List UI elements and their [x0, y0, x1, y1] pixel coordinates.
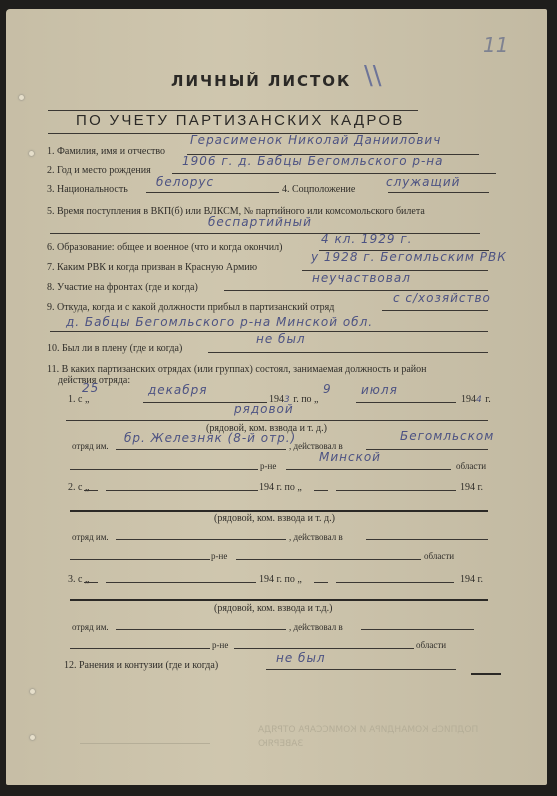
- service-3-year-to: 194: [460, 574, 475, 585]
- field-line: [266, 669, 456, 670]
- field-line: [361, 629, 474, 630]
- field-line: [70, 648, 210, 649]
- field-label-units: 11. В каких партизанских отрядах (или гр…: [47, 364, 426, 375]
- field-line: [116, 629, 286, 630]
- field-line: [356, 402, 456, 403]
- service-1-month-to: июля: [361, 383, 398, 397]
- field-line: [70, 469, 258, 470]
- binder-hole: [29, 151, 34, 156]
- field-value-social: служащий: [386, 175, 460, 189]
- field-label-social: 4. Соцположение: [282, 184, 355, 195]
- service-2-region-label: области: [424, 551, 454, 561]
- service-3-position-hint: (рядовой, ком. взвода и т.д.): [214, 603, 332, 614]
- service-2-unit-label: отряд им.: [72, 532, 109, 542]
- field-line: [116, 449, 286, 450]
- service-1-position: рядовой: [234, 402, 294, 416]
- field-label-fronts: 8. Участие на фронтах (где и когда): [47, 282, 198, 293]
- field-label-arrival: 9. Откуда, когда и с какой должности при…: [47, 302, 334, 313]
- service-2-year-to: 194: [460, 482, 475, 493]
- field-value-captivity: не был: [256, 332, 306, 346]
- field-line: [471, 673, 501, 675]
- field-line: [70, 599, 488, 601]
- service-1-unit-label: отряд им.: [72, 441, 109, 451]
- binder-hole: [19, 95, 24, 100]
- field-line: [236, 559, 421, 560]
- field-line: [336, 490, 456, 491]
- field-value-name: Герасименок Николай Даниилович: [190, 133, 441, 147]
- field-line: [172, 173, 496, 174]
- field-value-arrival: с с/хозяйство: [393, 291, 491, 305]
- service-2-acted-label: , действовал в: [289, 532, 343, 542]
- field-label-birth: 2. Год и место рождения: [47, 165, 151, 176]
- field-value-conscription: у 1928 г. Бегомльским РВК: [311, 250, 507, 264]
- field-label-conscription: 7. Каким РВК и когда призван в Красную А…: [47, 262, 257, 273]
- field-value-fronts: неучаствовал: [312, 271, 411, 285]
- field-label-wounds: 12. Ранения и контузии (где и когда): [64, 660, 218, 671]
- field-line: [116, 539, 286, 540]
- service-3-num: 3. с „: [68, 574, 89, 585]
- field-line: [106, 490, 258, 491]
- pencil-mark: \\: [364, 61, 382, 91]
- field-line: [234, 648, 414, 649]
- field-value-party: беспартийный: [208, 215, 312, 229]
- field-value-wounds: не был: [276, 651, 326, 665]
- field-line: [70, 559, 210, 560]
- document-page: 11 ЛИЧНЫЙ ЛИСТОК \\ ПО УЧЕТУ ПАРТИЗАНСКИ…: [6, 9, 547, 785]
- bleedthrough-text: ПОДПИСЬ КОМАНДИРА И КОМИССАРА ОТРЯДА: [258, 725, 478, 735]
- service-3-region-label: области: [416, 640, 446, 650]
- field-line: [382, 310, 488, 311]
- field-label-captivity: 10. Был ли в плену (где и когда): [47, 343, 182, 354]
- field-label-education: 6. Образование: общее и военное (что и к…: [47, 242, 282, 253]
- service-1-year-to: 194: [461, 394, 476, 405]
- field-line: [84, 490, 98, 491]
- service-2-num: 2. с „: [68, 482, 89, 493]
- service-1-region: Минской: [319, 450, 381, 464]
- service-1-district: Бегомльском: [400, 429, 494, 443]
- field-line: [146, 192, 279, 193]
- service-2-year-from: 194: [259, 482, 274, 493]
- field-label-nationality: 3. Национальность: [47, 184, 128, 195]
- field-label-name: 1. Фамилия, имя и отчество: [47, 146, 165, 157]
- field-line: [84, 582, 98, 583]
- service-3-unit-label: отряд им.: [72, 622, 109, 632]
- field-line: [106, 582, 256, 583]
- field-line: [388, 192, 489, 193]
- field-line: [366, 449, 488, 450]
- document-subtitle: ПО УЧЕТУ ПАРТИЗАНСКИХ КАДРОВ: [76, 112, 405, 129]
- field-value-arrival-2: д. Бабцы Бегомльского р-на Минской обл.: [66, 315, 373, 329]
- service-2-position-hint: (рядовой, ком. взвода и т. д.): [214, 513, 335, 524]
- service-1-region-label: области: [456, 461, 486, 471]
- service-2-district-label: р-не: [211, 551, 227, 561]
- page-number: 11: [483, 33, 508, 57]
- binder-hole: [30, 689, 35, 694]
- binder-hole: [30, 735, 35, 740]
- service-1-num: 1. с „: [68, 394, 89, 405]
- service-3-acted-label: , действовал в: [289, 622, 343, 632]
- title-rule: [48, 110, 418, 111]
- field-value-birth: 1906 г. д. Бабцы Бегомльского р-на: [182, 154, 444, 168]
- service-1-day-to: 9: [323, 382, 332, 396]
- service-3-district-label: р-не: [212, 640, 228, 650]
- field-line: [336, 582, 454, 583]
- service-3-year-from: 194: [259, 574, 274, 585]
- field-line: [66, 420, 488, 421]
- field-line: [314, 582, 328, 583]
- service-1-day-from: 25: [82, 381, 99, 395]
- field-line: [70, 510, 488, 512]
- service-1-month-from: декабря: [148, 383, 208, 397]
- service-1-unit: бр. Железняк (8-й отр.): [124, 431, 296, 445]
- bleedthrough-text: ЗАВЕРЯЮ: [258, 739, 303, 749]
- field-value-nationality: белорус: [156, 175, 214, 189]
- service-1-district-label: р-не: [260, 461, 276, 471]
- field-line: [50, 233, 480, 234]
- bleedthrough-line: [80, 743, 210, 744]
- field-line: [366, 539, 488, 540]
- field-line: [286, 469, 451, 470]
- document-title: ЛИЧНЫЙ ЛИСТОК: [171, 72, 351, 90]
- field-value-education: 4 кл. 1929 г.: [321, 232, 412, 246]
- field-line: [314, 490, 328, 491]
- field-line: [208, 352, 488, 353]
